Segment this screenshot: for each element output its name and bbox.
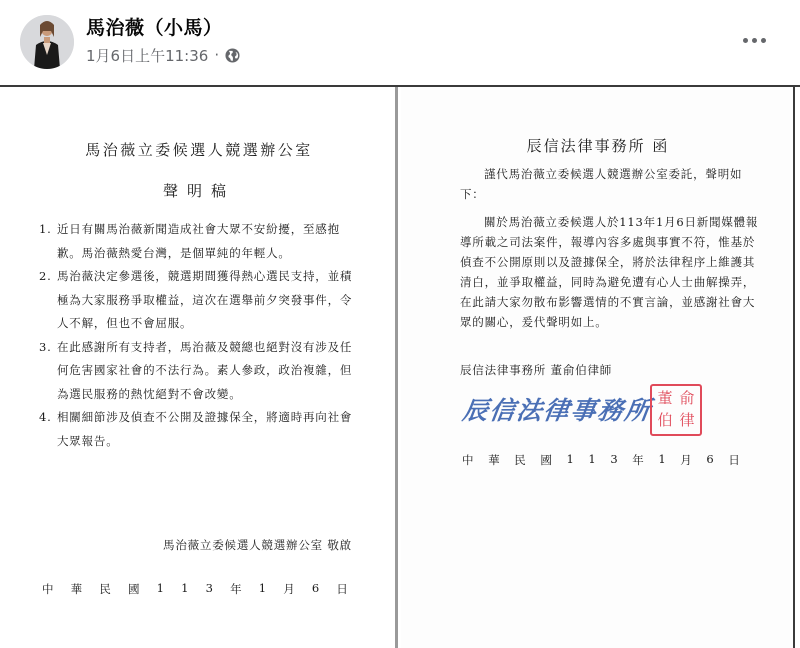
statement-date: 中 華 民 國 1 1 3 年 1 月 6 日 <box>42 581 348 597</box>
globe-icon[interactable] <box>225 48 240 63</box>
item-number: 2. <box>39 265 57 336</box>
date-char: 日 <box>336 581 348 597</box>
date-char: 中 <box>42 581 54 597</box>
date-char: 華 <box>488 452 500 468</box>
date-char: 1 <box>157 581 164 597</box>
statement-signoff: 馬治薇立委候選人競選辦公室 敬啟 <box>0 537 352 553</box>
item-text: 近日有關馬治薇新聞造成社會大眾不安紛擾，至感抱歉。馬治薇熱愛台灣，是個單純的年輕… <box>57 218 359 265</box>
date-char: 年 <box>230 581 242 597</box>
date-char: 年 <box>632 452 644 468</box>
more-options-icon <box>752 38 757 43</box>
post-meta: 1月6日上午11:36 · <box>86 44 240 66</box>
date-char: 日 <box>728 452 740 468</box>
post-image[interactable]: 馬治薇立委候選人競選辦公室 聲明稿 1. 近日有關馬治薇新聞造成社會大眾不安紛擾… <box>0 85 800 646</box>
letter-intro-paragraph: 謹代馬治薇立委候選人競選辦公室委託，聲明如下： <box>460 164 760 204</box>
statement-item: 3. 在此感謝所有支持者，馬治薇及競總也絕對沒有涉及任何危害國家社會的不法行為。… <box>39 336 359 407</box>
post-header: 馬治薇（小馬） 1月6日上午11:36 · <box>0 0 800 82</box>
date-char: 華 <box>71 581 83 597</box>
date-char: 月 <box>680 452 692 468</box>
date-char: 月 <box>283 581 295 597</box>
lawyer-seal-icon: 董 俞 伯 律 <box>650 384 702 436</box>
date-char: 6 <box>312 581 319 597</box>
law-firm-letter-document: 辰信法律事務所 函 謹代馬治薇立委候選人競選辦公室委託，聲明如下： 關於馬治薇立… <box>401 87 795 646</box>
seal-char: 董 <box>654 388 676 410</box>
date-char: 1 <box>566 452 573 468</box>
statement-item: 4. 相關細節涉及偵查不公開及證據保全，將適時再向社會大眾報告。 <box>39 406 359 453</box>
date-char: 1 <box>181 581 188 597</box>
item-number: 1. <box>39 218 57 265</box>
law-firm-stamp-signature: 辰信法律事務所 <box>460 391 654 427</box>
date-char: 1 <box>588 452 595 468</box>
author-name[interactable]: 馬治薇（小馬） <box>86 13 223 40</box>
date-char: 3 <box>206 581 213 597</box>
item-number: 3. <box>39 336 57 407</box>
letter-signoff: 辰信法律事務所 董俞伯律師 <box>460 362 612 378</box>
date-char: 中 <box>462 452 474 468</box>
post-timestamp[interactable]: 1月6日上午11:36 <box>86 45 208 66</box>
date-char: 1 <box>259 581 266 597</box>
more-options-icon <box>743 38 748 43</box>
statement-office-title: 馬治薇立委候選人競選辦公室 <box>0 139 398 160</box>
date-char: 民 <box>514 452 526 468</box>
law-firm-letter-title: 辰信法律事務所 函 <box>401 135 795 156</box>
date-char: 民 <box>99 581 111 597</box>
date-char: 6 <box>706 452 713 468</box>
campaign-statement-document: 馬治薇立委候選人競選辦公室 聲明稿 1. 近日有關馬治薇新聞造成社會大眾不安紛擾… <box>0 87 398 646</box>
item-text: 馬治薇決定參選後，競選期間獲得熱心選民支持，並積極為大家服務爭取權益，這次在選舉… <box>57 265 359 336</box>
profile-photo-icon <box>20 15 74 69</box>
statement-item: 2. 馬治薇決定參選後，競選期間獲得熱心選民支持，並積極為大家服務爭取權益，這次… <box>39 265 359 336</box>
item-text: 在此感謝所有支持者，馬治薇及競總也絕對沒有涉及任何危害國家社會的不法行為。素人參… <box>57 336 359 407</box>
meta-separator: · <box>214 46 219 64</box>
statement-items: 1. 近日有關馬治薇新聞造成社會大眾不安紛擾，至感抱歉。馬治薇熱愛台灣，是個單純… <box>39 218 359 453</box>
letter-body-paragraph: 關於馬治薇立委候選人於113年1月6日新聞媒體報導所載之司法案件，報導內容多處與… <box>460 212 760 332</box>
statement-subtitle: 聲明稿 <box>0 180 398 201</box>
date-char: 國 <box>128 581 140 597</box>
avatar[interactable] <box>20 15 74 69</box>
seal-char: 律 <box>676 410 698 432</box>
item-number: 4. <box>39 406 57 453</box>
more-options-button[interactable] <box>732 26 776 54</box>
seal-char: 伯 <box>654 410 676 432</box>
statement-item: 1. 近日有關馬治薇新聞造成社會大眾不安紛擾，至感抱歉。馬治薇熱愛台灣，是個單純… <box>39 218 359 265</box>
more-options-icon <box>761 38 766 43</box>
letter-date: 中 華 民 國 1 1 3 年 1 月 6 日 <box>462 452 740 468</box>
seal-char: 俞 <box>676 388 698 410</box>
date-char: 1 <box>658 452 665 468</box>
date-char: 3 <box>610 452 617 468</box>
date-char: 國 <box>540 452 552 468</box>
item-text: 相關細節涉及偵查不公開及證據保全，將適時再向社會大眾報告。 <box>57 406 359 453</box>
